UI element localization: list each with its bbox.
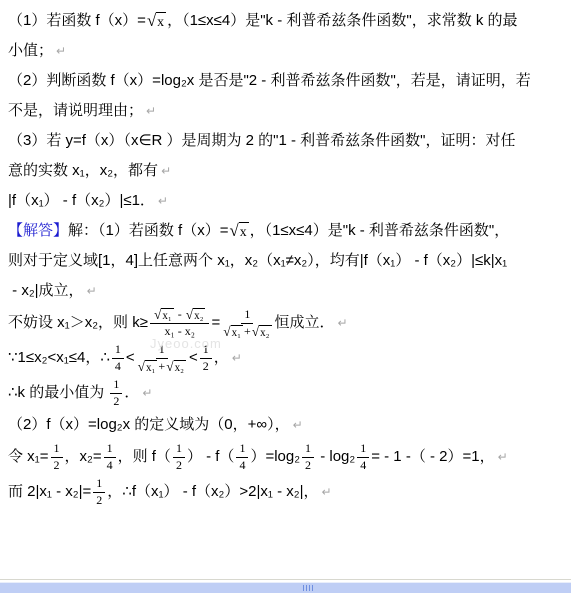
fraction-denominator: √x₁+√x₂ xyxy=(137,359,187,374)
fraction: 12 xyxy=(200,343,212,374)
paragraph-mark-icon: ↵ xyxy=(142,386,152,401)
fraction-denominator: 4 xyxy=(239,458,245,473)
text-line: 意的实数 x₁，x₂，都有↵ xyxy=(8,156,571,186)
text-run: 2 xyxy=(203,360,209,374)
text-run: 1 xyxy=(203,343,209,357)
text-run: 4 xyxy=(360,459,366,473)
fraction: 1√x₁+√x₂ xyxy=(222,308,272,339)
fraction: 14 xyxy=(112,343,124,374)
radical-icon: √ xyxy=(154,308,161,322)
text-run: 意的实数 x₁，x₂，都有 xyxy=(8,162,158,181)
text-run: 1 xyxy=(239,442,245,456)
radical-icon: √ xyxy=(186,308,193,322)
sqrt-expression: √x₁ xyxy=(138,360,158,374)
text-line: |f（x₁） - f（x₂）|≤1．↵ xyxy=(8,186,571,216)
text-run: 则对于定义域[1，4]上任意两个 x₁，x₂（x₁≠x₂），均有|f（x₁） -… xyxy=(8,252,507,271)
fraction-numerator: 1 xyxy=(200,343,212,359)
text-run: ，（1≤x≤4）是"k - 利普希兹条件函数"， xyxy=(250,222,510,241)
text-line: （2）f（x）=log₂x 的定义域为（0，+∞），↵ xyxy=(8,410,571,440)
fraction-numerator: 1 xyxy=(110,378,122,394)
paragraph-mark-icon: ↵ xyxy=(338,316,348,331)
fraction: 12 xyxy=(51,442,63,473)
fraction-denominator: 2 xyxy=(176,458,182,473)
text-line: 小值；↵ xyxy=(8,36,571,66)
text-run: 1 xyxy=(305,442,311,456)
text-run: + xyxy=(244,325,251,339)
paragraph-mark-icon: ↵ xyxy=(161,164,171,179)
text-run: ）=log₂ xyxy=(250,448,300,467)
sqrt-expression: √x₁ xyxy=(223,325,243,339)
text-run: ） - f（ xyxy=(187,448,235,467)
answer-label: 【解答】 xyxy=(8,222,68,241)
fraction: 14 xyxy=(357,442,369,473)
sqrt-expression: √x xyxy=(229,222,248,240)
text-run: 4 xyxy=(107,459,113,473)
text-run: ，x₂= xyxy=(65,448,102,467)
fraction: 12 xyxy=(173,442,185,473)
document-page: { "page": {"width": 571, "height": 593, … xyxy=(0,0,571,593)
text-run: x₁ - x₂ xyxy=(165,325,195,339)
fraction: 14 xyxy=(104,442,116,473)
text-run: （2）f（x）=log₂x 的定义域为（0，+∞）， xyxy=(8,416,290,435)
fraction-denominator: √x₁+√x₂ xyxy=(222,324,272,339)
radicand: x₁ xyxy=(161,308,173,322)
sqrt-expression: √x₁ xyxy=(154,308,174,322)
radicand: x₂ xyxy=(259,325,271,339)
text-run: 而 2|x₁ - x₂|= xyxy=(8,483,91,502)
text-line: （3）若 y=f（x）（x∈R ）是周期为 2 的"1 - 利普希兹条件函数"，… xyxy=(8,126,571,156)
divider-line xyxy=(0,579,571,580)
radicand: x xyxy=(156,12,166,29)
paragraph-mark-icon: ↵ xyxy=(232,351,242,366)
text-run: ∵1≤x₂<x₁≤4，∴ xyxy=(8,349,110,368)
text-line: 而 2|x₁ - x₂|=12，∴f（x₁） - f（x₂）>2|x₁ - x₂… xyxy=(8,475,571,510)
fraction-denominator: 2 xyxy=(305,458,311,473)
fraction-numerator: 1 xyxy=(302,442,314,458)
paragraph-mark-icon: ↵ xyxy=(146,104,156,119)
paragraph-mark-icon: ↵ xyxy=(498,450,508,465)
text-run: < xyxy=(126,349,135,368)
text-run: 不是，请说明理由； xyxy=(8,102,143,121)
text-run: （1）若函数 f（x）= xyxy=(8,12,146,31)
text-run: 2 xyxy=(113,395,119,409)
text-run: ∴k 的最小值为 xyxy=(8,384,108,403)
text-run: ，则 f（ xyxy=(118,448,171,467)
text-run: 1 xyxy=(54,442,60,456)
radical-icon: √ xyxy=(138,360,145,374)
sqrt-expression: √x xyxy=(147,12,166,30)
text-run: 1 xyxy=(360,442,366,456)
fraction-numerator: 1 xyxy=(241,308,253,324)
sqrt-expression: √x₂ xyxy=(166,360,186,374)
text-line: 【解答】解：（1）若函数 f（x）=√x，（1≤x≤4）是"k - 利普希兹条件… xyxy=(8,216,571,246)
fraction-denominator: 2 xyxy=(203,359,209,374)
text-run: 2 xyxy=(176,459,182,473)
paragraph-mark-icon: ↵ xyxy=(321,485,331,500)
text-run: 1 xyxy=(159,343,165,357)
scrollbar-grip-icon[interactable] xyxy=(303,585,315,591)
text-run: 2 xyxy=(54,459,60,473)
fraction-numerator: 1 xyxy=(112,343,124,359)
text-run: 1 xyxy=(96,477,102,491)
text-run: 1 xyxy=(115,343,121,357)
horizontal-scrollbar[interactable] xyxy=(0,582,571,593)
text-run: 小值； xyxy=(8,42,53,61)
fraction-denominator: 2 xyxy=(113,394,119,409)
text-run: 1 xyxy=(176,442,182,456)
text-line: 则对于定义域[1，4]上任意两个 x₁，x₂（x₁≠x₂），均有|f（x₁） -… xyxy=(8,246,571,276)
text-run: ， xyxy=(214,349,229,368)
text-run: + xyxy=(158,360,165,374)
text-run: （2）判断函数 f（x）=log₂x 是否是"2 - 利普希兹条件函数"，若是，… xyxy=(8,72,531,91)
document-text: （1）若函数 f（x）=√x，（1≤x≤4）是"k - 利普希兹条件函数"，求常… xyxy=(0,0,571,510)
text-line: （1）若函数 f（x）=√x，（1≤x≤4）是"k - 利普希兹条件函数"，求常… xyxy=(8,6,571,36)
fraction: 12 xyxy=(110,378,122,409)
fraction-denominator: 2 xyxy=(54,458,60,473)
text-run: 解：（1）若函数 f（x）= xyxy=(68,222,228,241)
text-run: 令 x₁= xyxy=(8,448,49,467)
text-run: 2 xyxy=(96,494,102,508)
text-run: 1 xyxy=(113,378,119,392)
sqrt-expression: √x₂ xyxy=(252,325,272,339)
text-run: 2 xyxy=(305,459,311,473)
fraction-numerator: 1 xyxy=(51,442,63,458)
text-run: |f（x₁） - f（x₂）|≤1． xyxy=(8,192,155,211)
fraction-numerator: 1 xyxy=(93,477,105,493)
fraction-denominator: 4 xyxy=(107,458,113,473)
radical-icon: √ xyxy=(252,325,259,339)
fraction: √x₁ - √x₂x₁ - x₂ xyxy=(150,308,210,339)
text-run: ． xyxy=(124,384,139,403)
fraction-denominator: 4 xyxy=(115,359,121,374)
text-run: - log₂ xyxy=(316,448,355,467)
text-line: ∴k 的最小值为 12．↵ xyxy=(8,376,571,411)
text-run: ，∴f（x₁） - f（x₂）>2|x₁ - x₂|， xyxy=(107,483,318,502)
text-line: ∵1≤x₂<x₁≤4，∴14<1√x₁+√x₂<12，↵ xyxy=(8,341,571,376)
text-line: （2）判断函数 f（x）=log₂x 是否是"2 - 利普希兹条件函数"，若是，… xyxy=(8,66,571,96)
text-run: - xyxy=(175,308,185,322)
text-run: 4 xyxy=(239,459,245,473)
fraction-denominator: x₁ - x₂ xyxy=(165,324,195,339)
fraction: 1√x₁+√x₂ xyxy=(137,343,187,374)
fraction-numerator: 1 xyxy=(173,442,185,458)
paragraph-mark-icon: ↵ xyxy=(158,194,168,209)
fraction-numerator: 1 xyxy=(156,343,168,359)
fraction: 12 xyxy=(302,442,314,473)
text-run: 恒成立． xyxy=(275,314,335,333)
radical-icon: √ xyxy=(147,12,156,30)
fraction-numerator: 1 xyxy=(357,442,369,458)
radical-icon: √ xyxy=(229,222,238,240)
text-line: - x₂|成立，↵ xyxy=(8,276,571,306)
text-run: （3）若 y=f（x）（x∈R ）是周期为 2 的"1 - 利普希兹条件函数"，… xyxy=(8,132,516,151)
radicand: x₁ xyxy=(145,360,157,374)
text-run: 1 xyxy=(107,442,113,456)
text-run: = - 1 -（ - 2）=1， xyxy=(371,448,494,467)
fraction: 12 xyxy=(93,477,105,508)
fraction-numerator: 1 xyxy=(236,442,248,458)
sqrt-expression: √x₂ xyxy=(186,308,206,322)
text-line: 不妨设 x₁＞x₂，则 k≥√x₁ - √x₂x₁ - x₂=1√x₁+√x₂恒… xyxy=(8,306,571,341)
radicand: x₂ xyxy=(174,360,186,374)
radicand: x₂ xyxy=(193,308,205,322)
text-run: < xyxy=(189,349,198,368)
radicand: x xyxy=(239,222,249,239)
paragraph-mark-icon: ↵ xyxy=(56,44,66,59)
fraction-numerator: 1 xyxy=(104,442,116,458)
radical-icon: √ xyxy=(223,325,230,339)
text-line: 令 x₁=12，x₂=14，则 f（12） - f（14）=log₂12 - l… xyxy=(8,440,571,475)
fraction-numerator: √x₁ - √x₂ xyxy=(150,308,210,324)
text-run: 不妨设 x₁＞x₂，则 k≥ xyxy=(8,314,148,333)
text-run: 4 xyxy=(115,360,121,374)
radical-icon: √ xyxy=(166,360,173,374)
text-run: - x₂|成立， xyxy=(8,282,84,301)
text-run: ，（1≤x≤4）是"k - 利普希兹条件函数"，求常数 k 的最 xyxy=(167,12,517,31)
paragraph-mark-icon: ↵ xyxy=(87,284,97,299)
paragraph-mark-icon: ↵ xyxy=(293,418,303,433)
text-run: 1 xyxy=(244,308,250,322)
fraction-denominator: 2 xyxy=(96,493,102,508)
text-line: 不是，请说明理由；↵ xyxy=(8,96,571,126)
text-run: = xyxy=(211,314,220,333)
fraction-denominator: 4 xyxy=(360,458,366,473)
fraction: 14 xyxy=(236,442,248,473)
radicand: x₁ xyxy=(231,325,243,339)
